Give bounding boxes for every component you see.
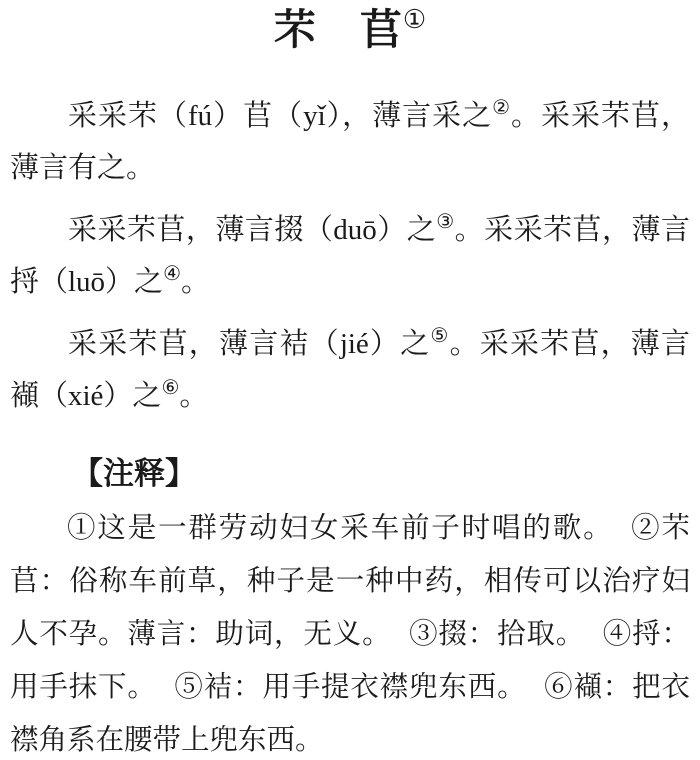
poem-title-text: 芣 苢 xyxy=(274,6,403,53)
poem-stanza-2: 采采芣苢，薄言掇（duō）之③。采采芣苢，薄言捋（luō）之④。 xyxy=(10,204,690,308)
poem-text-segment: 。 xyxy=(179,380,208,412)
poem-text-segment: 采采芣苢，薄言掇（duō）之 xyxy=(68,214,436,246)
poem-body: 采采芣（fú）苢（yǐ），薄言采之②。采采芣苢，薄言有之。 采采芣苢，薄言掇（d… xyxy=(10,90,690,422)
notes-paragraph: ①这是一群劳动妇女采车前子时唱的歌。②芣苢：俗称车前草，种子是一种中药，相传可以… xyxy=(10,502,690,760)
note-ref-superscript: ④ xyxy=(163,263,181,285)
note-ref-superscript: ⑤ xyxy=(430,325,449,347)
note-entry-3: ③掇：拾取。 xyxy=(409,619,585,650)
poem-title: 芣 苢① xyxy=(10,6,690,54)
title-note-ref: ① xyxy=(403,5,426,34)
note-ref-superscript: ⑥ xyxy=(161,377,179,399)
poem-text-segment: 采采芣（fú）苢（yǐ），薄言采之 xyxy=(68,100,492,132)
poem-stanza-1: 采采芣（fú）苢（yǐ），薄言采之②。采采芣苢，薄言有之。 xyxy=(10,90,690,194)
book-page: 芣 苢① 采采芣（fú）苢（yǐ），薄言采之②。采采芣苢，薄言有之。 采采芣苢，… xyxy=(0,0,700,760)
poem-text-segment: 采采芣苢，薄言袺（jié）之 xyxy=(68,328,430,360)
notes-section-header: 【注释】 xyxy=(10,452,690,496)
note-ref-superscript: ② xyxy=(492,97,511,119)
note-ref-superscript: ③ xyxy=(436,211,454,233)
note-entry-1: ①这是一群劳动妇女采车前子时唱的歌。 xyxy=(67,513,613,544)
note-entry-5: ⑤袺：用手提衣襟兜东西。 xyxy=(174,672,526,703)
poem-text-segment: 。 xyxy=(181,266,210,298)
poem-stanza-3: 采采芣苢，薄言袺（jié）之⑤。采采芣苢，薄言襭（xié）之⑥。 xyxy=(10,318,690,422)
